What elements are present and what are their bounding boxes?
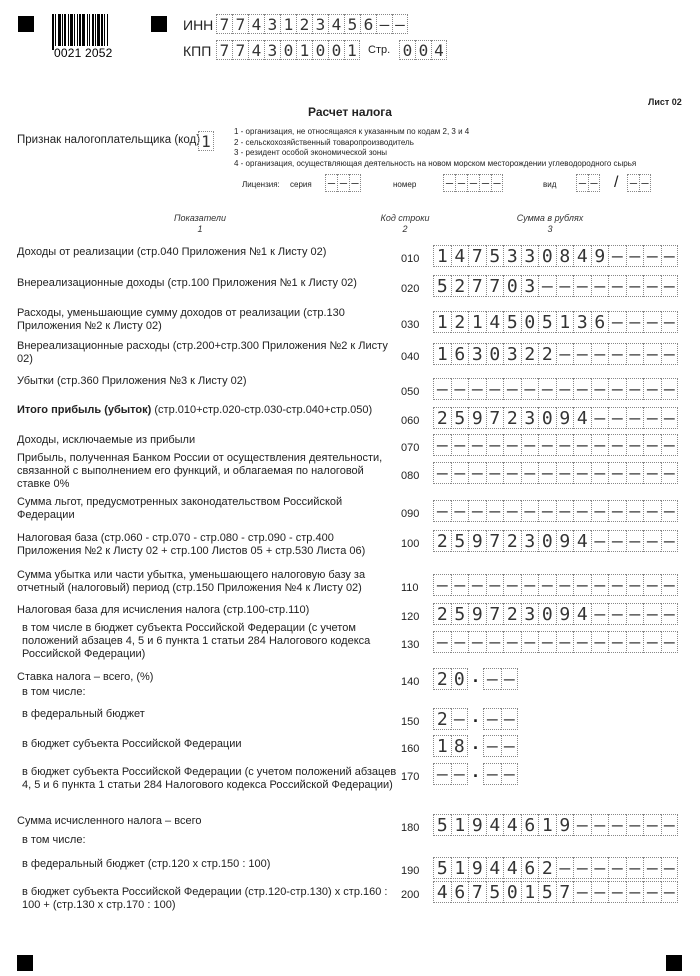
char-cell: 3 [521, 407, 539, 429]
char-cell: – [643, 857, 661, 879]
char-cell: – [483, 668, 501, 690]
legend-item: 1 - организация, не относящаяся к указан… [234, 127, 636, 138]
license-type-field-b[interactable]: –– [627, 174, 651, 192]
char-cell: 0 [538, 245, 556, 267]
char-cell: – [643, 407, 661, 429]
rate-integer-field[interactable]: 20 [433, 668, 468, 690]
row-label: Сумма убытка или части убытка, уменьшающ… [17, 569, 397, 595]
row-label: Расходы, уменьшающие сумму доходов от ре… [17, 307, 397, 333]
row-label: Доходы, исключаемые из прибыли [17, 434, 397, 447]
char-cell: 4 [503, 814, 521, 836]
char-cell: 0 [538, 407, 556, 429]
char-cell: 0 [415, 40, 431, 60]
char-cell: – [376, 14, 392, 34]
char-cell: 9 [468, 857, 486, 879]
char-cell: – [556, 574, 574, 596]
license-number-field[interactable]: ––––– [443, 174, 503, 192]
decimal-point: . [473, 761, 478, 782]
row-code: 130 [401, 639, 419, 651]
rate-integer-field[interactable]: –– [433, 763, 468, 785]
row-label: Итого прибыль (убыток) (стр.010+стр.020-… [17, 404, 397, 417]
char-cell: – [556, 631, 574, 653]
char-cell: – [433, 500, 451, 522]
license-type-label: вид [543, 180, 556, 189]
char-cell: – [608, 631, 626, 653]
char-cell: 4 [451, 245, 469, 267]
amount-field[interactable]: 259723094––––– [433, 407, 678, 429]
row-code: 040 [401, 351, 419, 363]
char-cell: – [521, 434, 539, 456]
char-cell: – [451, 378, 469, 400]
char-cell: – [573, 343, 591, 365]
char-cell: 2 [296, 14, 312, 34]
char-cell: 2 [503, 530, 521, 552]
char-cell: 3 [573, 311, 591, 333]
amount-field[interactable]: 46750157–––––– [433, 881, 678, 903]
char-cell: – [503, 378, 521, 400]
char-cell: 4 [248, 40, 264, 60]
char-cell: 5 [451, 530, 469, 552]
char-cell: 5 [433, 857, 451, 879]
char-cell: 1 [468, 311, 486, 333]
char-cell: 5 [451, 603, 469, 625]
row-label: в том числе в бюджет субъекта Российской… [22, 622, 402, 661]
char-cell: 9 [556, 407, 574, 429]
char-cell: – [538, 574, 556, 596]
row-label: Прибыль, полученная Банком России от осу… [17, 452, 397, 491]
row-code: 100 [401, 538, 419, 550]
char-cell: – [661, 631, 679, 653]
char-cell: 7 [216, 40, 232, 60]
row-label: в бюджет субъекта Российской Федерации (… [22, 766, 402, 792]
char-cell: 4 [248, 14, 264, 34]
char-cell: 2 [451, 311, 469, 333]
sheet-label: Лист 02 [648, 97, 682, 107]
char-cell: – [661, 603, 679, 625]
char-cell: – [608, 378, 626, 400]
row-code: 050 [401, 386, 419, 398]
char-cell: – [486, 574, 504, 596]
char-cell: 4 [573, 603, 591, 625]
char-cell: 0 [486, 343, 504, 365]
amount-field[interactable]: 5194462––––––– [433, 857, 678, 879]
column-number: 2 [375, 224, 435, 235]
row-label: Сумма исчисленного налога – всего [17, 815, 397, 828]
char-cell: 6 [360, 14, 376, 34]
char-cell: – [626, 245, 644, 267]
row-label: в бюджет субъекта Российской Федерации (… [22, 886, 402, 912]
char-cell: 3 [503, 245, 521, 267]
char-cell: – [608, 500, 626, 522]
char-cell: – [486, 462, 504, 484]
char-cell: – [573, 574, 591, 596]
column-number: 3 [500, 224, 600, 235]
char-cell: – [626, 881, 644, 903]
char-cell: – [626, 500, 644, 522]
amount-field[interactable]: 51944619–––––– [433, 814, 678, 836]
char-cell: – [451, 631, 469, 653]
char-cell: 3 [503, 343, 521, 365]
amount-field[interactable]: –––––––––––––– [433, 500, 678, 522]
column-number: 1 [150, 224, 250, 235]
char-cell: 5 [538, 881, 556, 903]
char-cell: – [608, 530, 626, 552]
char-cell: – [486, 434, 504, 456]
char-cell: – [538, 631, 556, 653]
char-cell: – [608, 311, 626, 333]
char-cell: 9 [591, 245, 609, 267]
rate-integer-field[interactable]: 18 [433, 735, 468, 757]
char-cell: – [626, 462, 644, 484]
char-cell: – [608, 275, 626, 297]
char-cell: – [521, 378, 539, 400]
char-cell: 0 [538, 603, 556, 625]
amount-field[interactable]: 1630322––––––– [433, 343, 678, 365]
row-label: Сумма льгот, предусмотренных законодател… [17, 496, 397, 522]
amount-field[interactable]: 1214505136–––– [433, 311, 678, 333]
char-cell: 5 [344, 14, 360, 34]
char-cell: – [639, 174, 651, 192]
char-cell: 5 [538, 311, 556, 333]
char-cell: – [661, 857, 679, 879]
char-cell: – [521, 574, 539, 596]
legend-item: 2 - сельскохозяйственный товаропроизводи… [234, 138, 636, 149]
char-cell: – [467, 174, 479, 192]
char-cell: 7 [216, 14, 232, 34]
char-cell: – [538, 462, 556, 484]
char-cell: – [608, 814, 626, 836]
char-cell: 1 [433, 735, 451, 757]
char-cell: 5 [451, 407, 469, 429]
char-cell: – [661, 378, 679, 400]
char-cell: – [451, 708, 469, 730]
char-cell: – [573, 462, 591, 484]
license-label: Лицензия: [242, 180, 280, 189]
char-cell: 0 [399, 40, 415, 60]
amount-field[interactable]: –––––––––––––– [433, 631, 678, 653]
license-series-label: серия [290, 180, 312, 189]
char-cell: – [626, 574, 644, 596]
char-cell: – [503, 500, 521, 522]
char-cell: – [503, 631, 521, 653]
rate-fraction-field[interactable]: –– [483, 708, 518, 730]
char-cell: – [491, 174, 503, 192]
char-cell: – [626, 530, 644, 552]
char-cell: – [661, 311, 679, 333]
amount-field[interactable]: –––––––––––––– [433, 462, 678, 484]
char-cell: 6 [521, 857, 539, 879]
char-cell: – [483, 763, 501, 785]
char-cell: 1 [538, 814, 556, 836]
char-cell: 7 [468, 275, 486, 297]
amount-field[interactable]: –––––––––––––– [433, 434, 678, 456]
row-label: в том числе: [22, 686, 402, 699]
char-cell: – [591, 881, 609, 903]
char-cell: 9 [556, 530, 574, 552]
char-cell: 7 [232, 40, 248, 60]
char-cell: – [643, 881, 661, 903]
row-code: 150 [401, 716, 419, 728]
char-cell: – [661, 245, 679, 267]
char-cell: 5 [433, 814, 451, 836]
char-cell: – [626, 275, 644, 297]
taxpayer-code-field[interactable]: 1 [198, 131, 214, 151]
char-cell: – [451, 462, 469, 484]
char-cell: – [643, 530, 661, 552]
char-cell: 3 [264, 14, 280, 34]
char-cell: – [455, 174, 467, 192]
char-cell: 3 [312, 14, 328, 34]
row-code: 170 [401, 771, 419, 783]
decimal-point: . [473, 706, 478, 727]
row-code: 110 [401, 582, 419, 594]
char-cell: 4 [431, 40, 447, 60]
char-cell: – [556, 462, 574, 484]
char-cell: 5 [503, 311, 521, 333]
char-cell: – [538, 434, 556, 456]
row-code: 010 [401, 253, 419, 265]
row-label: Налоговая база (стр.060 - стр.070 - стр.… [17, 532, 397, 558]
char-cell: 2 [521, 343, 539, 365]
row-label: в федеральный бюджет [22, 708, 402, 721]
row-label: Внереализационные доходы (стр.100 Прилож… [17, 277, 397, 290]
char-cell: – [626, 814, 644, 836]
char-cell: – [503, 574, 521, 596]
kpp-label: КПП [183, 43, 211, 59]
char-cell: – [626, 857, 644, 879]
char-cell: – [608, 857, 626, 879]
char-cell: – [591, 814, 609, 836]
char-cell: – [556, 275, 574, 297]
char-cell: – [591, 378, 609, 400]
char-cell: – [608, 881, 626, 903]
char-cell: 3 [521, 603, 539, 625]
char-cell: – [591, 857, 609, 879]
inn-field[interactable]: 7743123456–– [216, 14, 408, 34]
char-cell: – [626, 603, 644, 625]
char-cell: 7 [468, 881, 486, 903]
char-cell: – [591, 407, 609, 429]
char-cell: 1 [433, 343, 451, 365]
char-cell: – [486, 378, 504, 400]
row-code: 140 [401, 676, 419, 688]
char-cell: – [643, 462, 661, 484]
column-title: Показатели [150, 213, 250, 224]
char-cell: – [661, 343, 679, 365]
column-title: Код строки [375, 213, 435, 224]
row-code: 190 [401, 865, 419, 877]
char-cell: – [643, 245, 661, 267]
char-cell: – [468, 462, 486, 484]
char-cell: – [483, 735, 501, 757]
char-cell: 6 [451, 343, 469, 365]
char-cell: 7 [486, 407, 504, 429]
char-cell: 2 [503, 603, 521, 625]
char-cell: – [608, 603, 626, 625]
char-cell: 4 [328, 14, 344, 34]
char-cell: 0 [503, 881, 521, 903]
char-cell: 8 [451, 735, 469, 757]
page-title: Расчет налога [308, 105, 392, 119]
char-cell: – [643, 378, 661, 400]
char-cell: 0 [451, 668, 469, 690]
char-cell: – [468, 574, 486, 596]
char-cell: 1 [280, 14, 296, 34]
char-cell: – [573, 814, 591, 836]
alignment-marker-bottom-left [17, 955, 33, 971]
char-cell: – [591, 462, 609, 484]
decimal-point: . [473, 733, 478, 754]
char-cell: – [538, 378, 556, 400]
char-cell: – [643, 814, 661, 836]
char-cell: – [538, 500, 556, 522]
char-cell: – [626, 343, 644, 365]
char-cell: – [591, 500, 609, 522]
char-cell: – [556, 500, 574, 522]
column-header-indicators: Показатели 1 [150, 213, 250, 235]
row-code: 160 [401, 743, 419, 755]
char-cell: 7 [556, 881, 574, 903]
alignment-marker-bottom-right [666, 955, 682, 971]
char-cell: – [501, 763, 519, 785]
char-cell: 2 [538, 857, 556, 879]
char-cell: 4 [573, 245, 591, 267]
char-cell: – [661, 500, 679, 522]
amount-field[interactable]: –––––––––––––– [433, 574, 678, 596]
amount-field[interactable]: 1475330849–––– [433, 245, 678, 267]
char-cell: – [573, 275, 591, 297]
char-cell: – [626, 378, 644, 400]
char-cell: – [483, 708, 501, 730]
char-cell: 0 [328, 40, 344, 60]
char-cell: – [643, 275, 661, 297]
legend-item: 3 - резидент особой экономической зоны [234, 148, 636, 159]
page-number-field[interactable]: 004 [399, 40, 447, 60]
char-cell: – [433, 763, 451, 785]
row-label: в федеральный бюджет (стр.120 х стр.150 … [22, 858, 402, 871]
char-cell: – [627, 174, 639, 192]
alignment-marker-top-right [151, 16, 167, 32]
char-cell: – [503, 462, 521, 484]
row-code: 120 [401, 611, 419, 623]
license-series-field[interactable]: ––– [325, 174, 361, 192]
char-cell: – [661, 275, 679, 297]
amount-field[interactable]: –––––––––––––– [433, 378, 678, 400]
char-cell: – [643, 574, 661, 596]
alignment-marker-top-left [18, 16, 34, 32]
char-cell: – [573, 434, 591, 456]
rate-fraction-field[interactable]: –– [483, 763, 518, 785]
rate-fraction-field[interactable]: –– [483, 668, 518, 690]
char-cell: – [661, 462, 679, 484]
row-label: в бюджет субъекта Российской Федерации [22, 738, 402, 751]
char-cell: – [591, 631, 609, 653]
char-cell: 1 [198, 131, 214, 151]
char-cell: – [486, 631, 504, 653]
barcode-bars [52, 14, 129, 50]
char-cell: – [451, 434, 469, 456]
char-cell: – [608, 245, 626, 267]
char-cell: – [643, 311, 661, 333]
char-cell: 9 [556, 603, 574, 625]
char-cell: – [588, 174, 600, 192]
char-cell: – [521, 500, 539, 522]
char-cell: 1 [451, 857, 469, 879]
char-cell: 9 [468, 814, 486, 836]
char-cell: – [433, 378, 451, 400]
column-header-amount: Сумма в рублях 3 [500, 213, 600, 235]
char-cell: – [433, 631, 451, 653]
column-title: Сумма в рублях [500, 213, 600, 224]
taxpayer-code-label: Признак налогоплательщика (код) [17, 134, 200, 146]
char-cell: 7 [486, 603, 504, 625]
barcode: 0021 2052 [52, 14, 129, 62]
char-cell: – [503, 434, 521, 456]
row-code: 090 [401, 508, 419, 520]
char-cell: 1 [521, 881, 539, 903]
amount-field[interactable]: 527703–––––––– [433, 275, 678, 297]
char-cell: – [591, 574, 609, 596]
char-cell: – [643, 603, 661, 625]
kpp-field[interactable]: 774301001 [216, 40, 360, 60]
char-cell: 9 [468, 407, 486, 429]
license-type-field-a[interactable]: –– [576, 174, 600, 192]
char-cell: 2 [433, 603, 451, 625]
char-cell: – [626, 434, 644, 456]
row-label: Доходы от реализации (стр.040 Приложения… [17, 246, 397, 259]
char-cell: 6 [591, 311, 609, 333]
char-cell: 7 [486, 530, 504, 552]
char-cell: 3 [468, 343, 486, 365]
char-cell: – [661, 881, 679, 903]
column-header-line-code: Код строки 2 [375, 213, 435, 235]
amount-field[interactable]: 259723094––––– [433, 603, 678, 625]
row-label: Внереализационные расходы (стр.200+стр.3… [17, 340, 397, 366]
rate-integer-field[interactable]: 2– [433, 708, 468, 730]
char-cell: 7 [486, 275, 504, 297]
char-cell: 2 [503, 407, 521, 429]
char-cell: 3 [521, 530, 539, 552]
row-code: 030 [401, 319, 419, 331]
char-cell: – [451, 574, 469, 596]
char-cell: – [608, 434, 626, 456]
char-cell: 9 [468, 530, 486, 552]
inn-label: ИНН [183, 17, 213, 33]
char-cell: 4 [573, 407, 591, 429]
char-cell: 4 [486, 857, 504, 879]
char-cell: – [591, 603, 609, 625]
char-cell: – [591, 434, 609, 456]
amount-field[interactable]: 259723094––––– [433, 530, 678, 552]
char-cell: – [392, 14, 408, 34]
barcode-number: 0021 2052 [54, 46, 127, 60]
row-label: Ставка налога – всего, (%) [17, 671, 397, 684]
char-cell: 9 [556, 814, 574, 836]
char-cell: – [468, 434, 486, 456]
char-cell: – [573, 378, 591, 400]
rate-fraction-field[interactable]: –– [483, 735, 518, 757]
char-cell: – [468, 378, 486, 400]
char-cell: 1 [451, 814, 469, 836]
char-cell: 2 [433, 708, 451, 730]
char-cell: 1 [296, 40, 312, 60]
char-cell: – [661, 530, 679, 552]
row-code: 060 [401, 415, 419, 427]
char-cell: – [468, 500, 486, 522]
char-cell: 7 [232, 14, 248, 34]
row-code: 070 [401, 442, 419, 454]
row-code: 180 [401, 822, 419, 834]
